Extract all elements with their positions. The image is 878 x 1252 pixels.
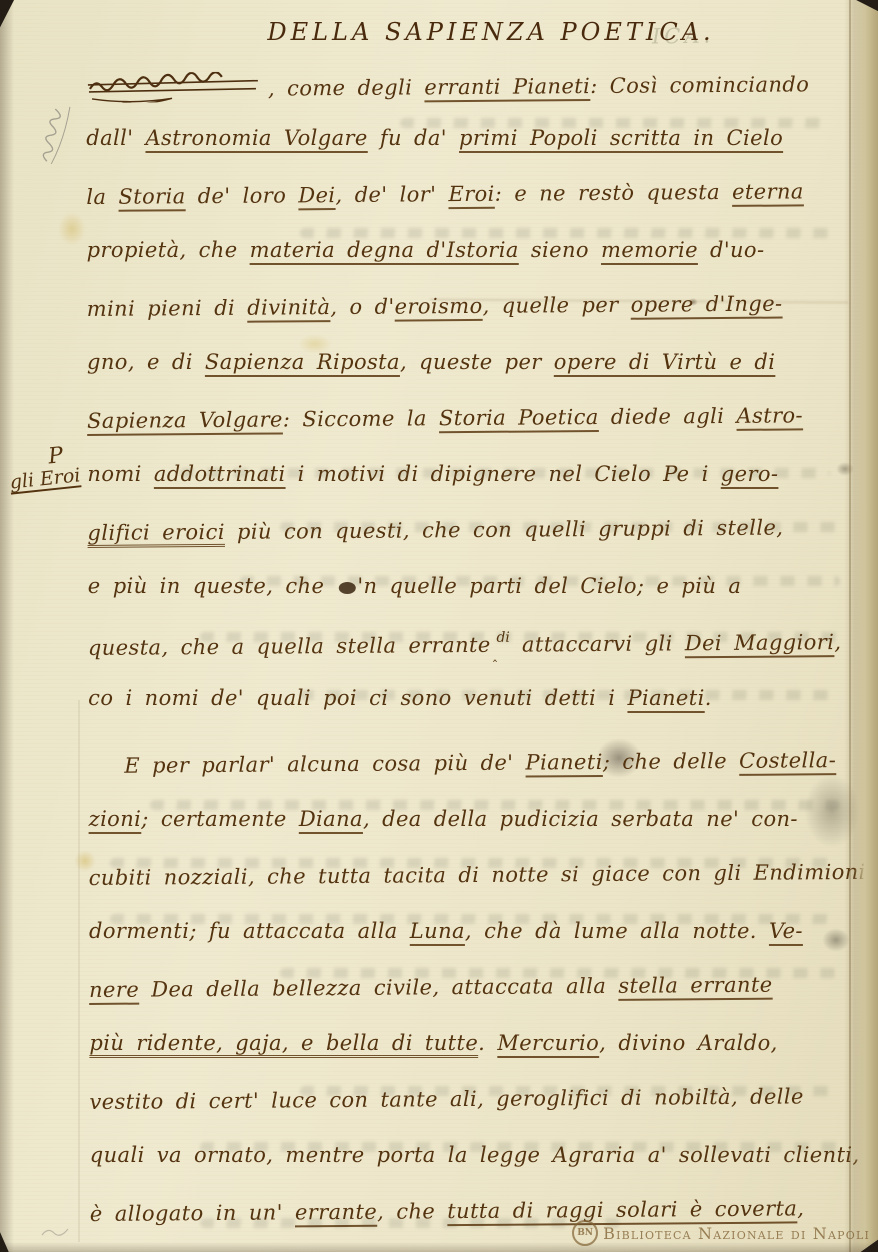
underlined-text: nere [89, 978, 139, 1002]
superscript-insertion: di [496, 630, 510, 646]
handwritten-text: e più in queste, che [88, 574, 337, 598]
handwritten-text: . [478, 1031, 497, 1055]
manuscript-line: dormenti; fu attaccata alla Luna, che dà… [89, 919, 851, 975]
handwritten-text: , de' lor' [335, 182, 448, 207]
manuscript-line: glifici eroici più con questi, che con q… [87, 515, 849, 577]
handwritten-text: propietà, che [87, 238, 250, 262]
paragraph: , come degli erranti Pianeti: Così comin… [86, 69, 850, 744]
underlined-text: Ve- [769, 919, 803, 943]
underlined-text: eterna [732, 179, 804, 204]
underlined-text: materia degna d'Istoria [250, 238, 519, 262]
underlined-text: Astro- [736, 403, 803, 428]
underlined-text: Dei Maggiori [685, 630, 835, 655]
underlined-text: divinità [247, 295, 330, 320]
caret-mark: ‸ [493, 648, 498, 663]
manuscript-line: E per parlar' alcuna cosa più de' Pianet… [88, 748, 850, 810]
underlined-text: Dei [298, 183, 335, 207]
handwritten-text: sieno [519, 238, 601, 262]
underlined-text: addottrinati [154, 462, 286, 486]
handwritten-text: cubiti nozziali, che tutta tacita di not… [89, 860, 866, 890]
manuscript-line: nere Dea della bellezza civile, attaccat… [89, 972, 851, 1034]
manuscript-line: nomi addottrinati i motivi di dipignere … [87, 462, 849, 518]
handwritten-text: 'n quelle parti del Cielo; e più a [357, 574, 741, 598]
handwritten-text: , come degli [268, 75, 425, 100]
handwritten-text: fu da' [368, 126, 459, 150]
handwritten-text: gno, e di [87, 350, 205, 374]
underlined-text: Storia [118, 184, 185, 209]
underlined-text: più ridente, gaja, e bella di tutte [89, 1031, 478, 1055]
manuscript-line: quali va ornato, mentre porta la legge A… [90, 1143, 852, 1199]
handwritten-text: mini pieni di [87, 296, 248, 321]
handwritten-text: attaccarvi gli [510, 631, 685, 656]
handwritten-text: , queste per [400, 350, 554, 374]
handwritten-text: più con questi, che con quelli gruppi di… [225, 516, 784, 544]
handwritten-text: questa, che a quella stella errante [88, 633, 491, 660]
handwritten-text: : e ne restò questa [495, 180, 732, 206]
paragraph: E per parlar' alcuna cosa più de' Pianet… [88, 750, 852, 1252]
handwritten-text: i motivi di dipignere nel Cielo Pe i [286, 462, 721, 486]
paper-fold-line [78, 700, 80, 1242]
handwritten-text: , che dà lume alla notte. [465, 919, 769, 943]
manuscript-line: zioni; certamente Diana, dea della pudic… [89, 807, 851, 863]
underlined-text: opere di Virtù e di [554, 350, 776, 374]
manuscript-line: Sapienza Volgare: Siccome la Storia Poet… [87, 403, 849, 465]
manuscript-line: e più in queste, che 'n quelle parti del… [88, 574, 850, 630]
pencil-annotation [40, 1224, 70, 1243]
manuscript-line: , come degli erranti Pianeti: Così comin… [86, 67, 848, 129]
handwritten-text: , [834, 630, 841, 654]
underlined-text: gero- [721, 462, 779, 486]
paper-stain [58, 212, 86, 246]
underlined-text: Astronomia Volgare [145, 126, 367, 150]
underlined-text: memorie [601, 238, 698, 262]
manuscript-line: mini pieni di divinità, o d'eroismo, que… [87, 291, 849, 353]
page-title: DELLA SAPIENZA POETICA. [0, 18, 878, 46]
manuscript-line: propietà, che materia degna d'Istoria si… [87, 238, 849, 294]
pencil-annotation [29, 98, 79, 168]
underlined-text: Storia Poetica [439, 405, 599, 430]
struck-out-text [86, 72, 264, 108]
underlined-text: stella errante [618, 973, 772, 998]
handwritten-text: , o d' [330, 295, 394, 320]
library-seal-icon: BN [572, 1220, 598, 1246]
underlined-text: Pianeti [525, 750, 602, 775]
handwritten-text: : Così cominciando [590, 72, 809, 98]
manuscript-line: cubiti nozziali, che tutta tacita di not… [89, 860, 851, 922]
manuscript-line: vestito di cert' luce con tante ali, ger… [89, 1084, 851, 1146]
handwritten-text: de' loro [185, 183, 298, 208]
ink-blot [338, 582, 355, 594]
underlined-text: Mercurio [497, 1031, 599, 1055]
page-edge-left [0, 0, 14, 1252]
handwritten-text: : Siccome la [283, 406, 439, 431]
handwritten-text: E per parlar' alcuna cosa più de' [124, 751, 525, 778]
underlined-text: primi Popoli scritta in Cielo [459, 126, 783, 150]
underlined-text: Sapienza Riposta [205, 350, 400, 374]
underlined-text: Eroi [448, 182, 495, 206]
handwritten-text: quali va ornato, mentre porta la legge A… [90, 1143, 860, 1167]
handwritten-text: , che [377, 1199, 447, 1224]
underlined-text: errante [295, 1200, 377, 1225]
handwritten-text: ; certamente [141, 807, 299, 831]
underlined-text: erranti Pianeti [424, 74, 590, 99]
page-edge-line [849, 0, 851, 1252]
underlined-text: Pianeti [627, 686, 704, 710]
handwritten-text: d'uo- [698, 238, 765, 262]
handwritten-text: è allogato in un' [90, 1200, 295, 1226]
library-watermark-text: Biblioteca Nazionale di Napoli [603, 1224, 870, 1243]
handwritten-text: Dea della bellezza civile, attaccata all… [139, 974, 618, 1002]
underlined-text: zioni [89, 807, 142, 831]
manuscript-line: più ridente, gaja, e bella di tutte. Mer… [89, 1031, 851, 1087]
handwritten-text: nomi [87, 462, 153, 486]
manuscript-line: questa, che a quella stella errante‸di a… [88, 627, 850, 689]
handwritten-text: , divino Araldo, [599, 1031, 778, 1055]
handwritten-text: , [797, 1196, 804, 1220]
handwritten-text: vestito di cert' luce con tante ali, ger… [89, 1084, 804, 1114]
underlined-text: opere d'Inge- [631, 292, 783, 317]
handwritten-text: dall' [86, 126, 145, 150]
underlined-text: Diana [299, 807, 363, 831]
handwritten-text: , quelle per [482, 293, 630, 318]
underlined-text: eroismo [395, 294, 483, 319]
underlined-text: glifici eroici [87, 520, 225, 545]
underlined-text: Luna [410, 919, 465, 943]
handwritten-text: , dea della pudicizia serbata ne' con- [363, 807, 798, 831]
underlined-text: Costella- [739, 748, 836, 773]
handwritten-text: ; che delle [603, 749, 740, 774]
manuscript-line: la Storia de' loro Dei, de' lor' Eroi: e… [86, 179, 848, 241]
underlined-text: Sapienza Volgare [87, 407, 283, 433]
manuscript-line: dall' Astronomia Volgare fu da' primi Po… [86, 126, 848, 182]
library-watermark: BN Biblioteca Nazionale di Napoli [572, 1220, 870, 1246]
handwritten-text: diede agli [599, 404, 737, 429]
manuscript-photo: ICA. DELLA SAPIENZA POETICA. P gli Eroi … [0, 0, 878, 1252]
manuscript-body: , come degli erranti Pianeti: Così comin… [86, 69, 852, 1252]
manuscript-line: gno, e di Sapienza Riposta, queste per o… [87, 350, 849, 406]
manuscript-page: ICA. DELLA SAPIENZA POETICA. P gli Eroi … [0, 0, 878, 1252]
handwritten-text: la [86, 185, 118, 209]
handwritten-text: dormenti; fu attaccata alla [89, 919, 410, 943]
handwritten-text: co i nomi de' quali poi ci sono venuti d… [88, 686, 627, 710]
manuscript-line: co i nomi de' quali poi ci sono venuti d… [88, 686, 850, 742]
handwritten-text: . [705, 686, 712, 710]
